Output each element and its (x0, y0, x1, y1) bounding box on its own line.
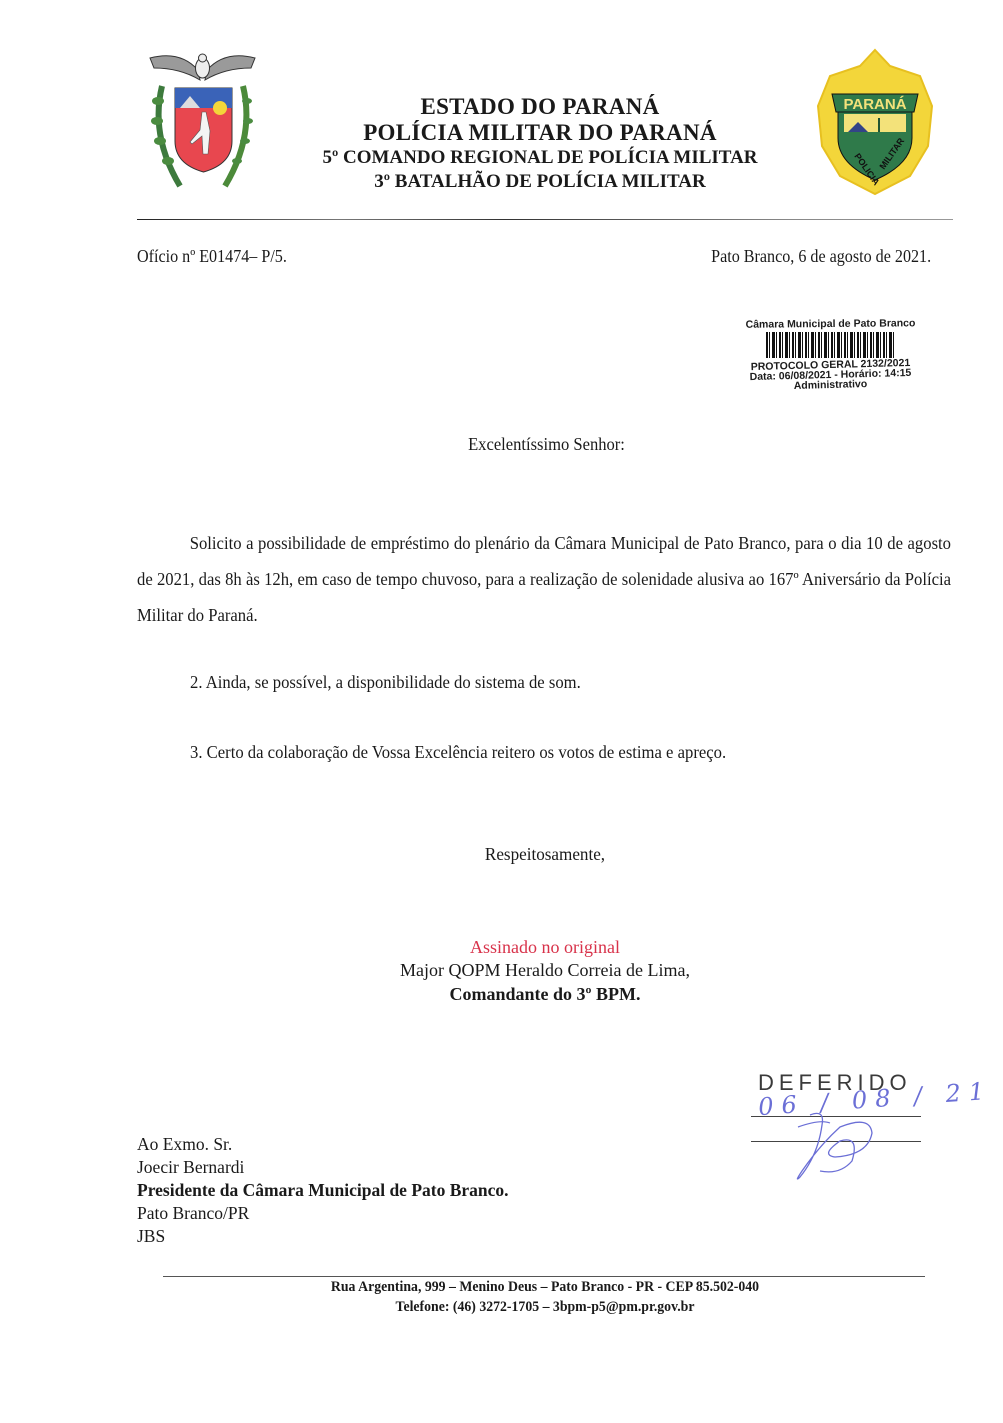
signer-name: Major QOPM Heraldo Correia de Lima, (0, 960, 1003, 981)
header-regional-command: 5º COMANDO REGIONAL DE POLÍCIA MILITAR (290, 147, 790, 169)
addressee-city: Pato Branco/PR (137, 1202, 509, 1225)
header-state: ESTADO DO PARANÁ (290, 94, 790, 120)
header-divider (137, 219, 953, 220)
barcode-icon (766, 332, 896, 358)
stamp-institution: Câmara Municipal de Pato Branco (733, 317, 928, 331)
footer-contact: Telefone: (46) 3272-1705 – 3bpm-p5@pm.pr… (44, 1299, 1003, 1316)
footer-divider (163, 1276, 925, 1277)
addressee-greeting: Ao Exmo. Sr. (137, 1133, 509, 1156)
salutation: Excelentíssimo Senhor: (44, 434, 1003, 455)
paragraph-sound-system: 2. Ainda, se possível, a disponibilidade… (190, 664, 1003, 700)
svg-text:PARANÁ: PARANÁ (843, 96, 906, 113)
header-police: POLÍCIA MILITAR DO PARANÁ (290, 120, 790, 146)
header-battalion: 3º BATALHÃO DE POLÍCIA MILITAR (290, 171, 790, 193)
paragraph-request: Solicito a possibilidade de empréstimo d… (137, 525, 951, 633)
oficio-number: Ofício nº E01474– P/5. (137, 246, 287, 267)
policia-militar-badge-icon: PARANÁ POLICIA MILITAR (810, 46, 940, 198)
author-initials: JBS (137, 1225, 509, 1248)
protocol-stamp: Câmara Municipal de Pato Branco PROTOCOL… (733, 318, 928, 390)
paragraph-regards: 3. Certo da colaboração de Vossa Excelên… (190, 734, 1003, 770)
footer-address: Rua Argentina, 999 – Menino Deus – Pato … (44, 1279, 1003, 1296)
signed-note: Assinado no original (0, 937, 1003, 958)
place-date: Pato Branco, 6 de agosto de 2021. (711, 246, 931, 267)
addressee-block: Ao Exmo. Sr. Joecir Bernardi Presidente … (137, 1133, 509, 1248)
valediction: Respeitosamente, (27, 844, 1003, 865)
addressee-name: Joecir Bernardi (137, 1156, 509, 1179)
addressee-title: Presidente da Câmara Municipal de Pato B… (137, 1179, 509, 1202)
parana-coat-of-arms-icon (140, 46, 265, 198)
handwritten-signature-icon (780, 1105, 890, 1185)
signer-role: Comandante do 3º BPM. (0, 984, 1003, 1005)
